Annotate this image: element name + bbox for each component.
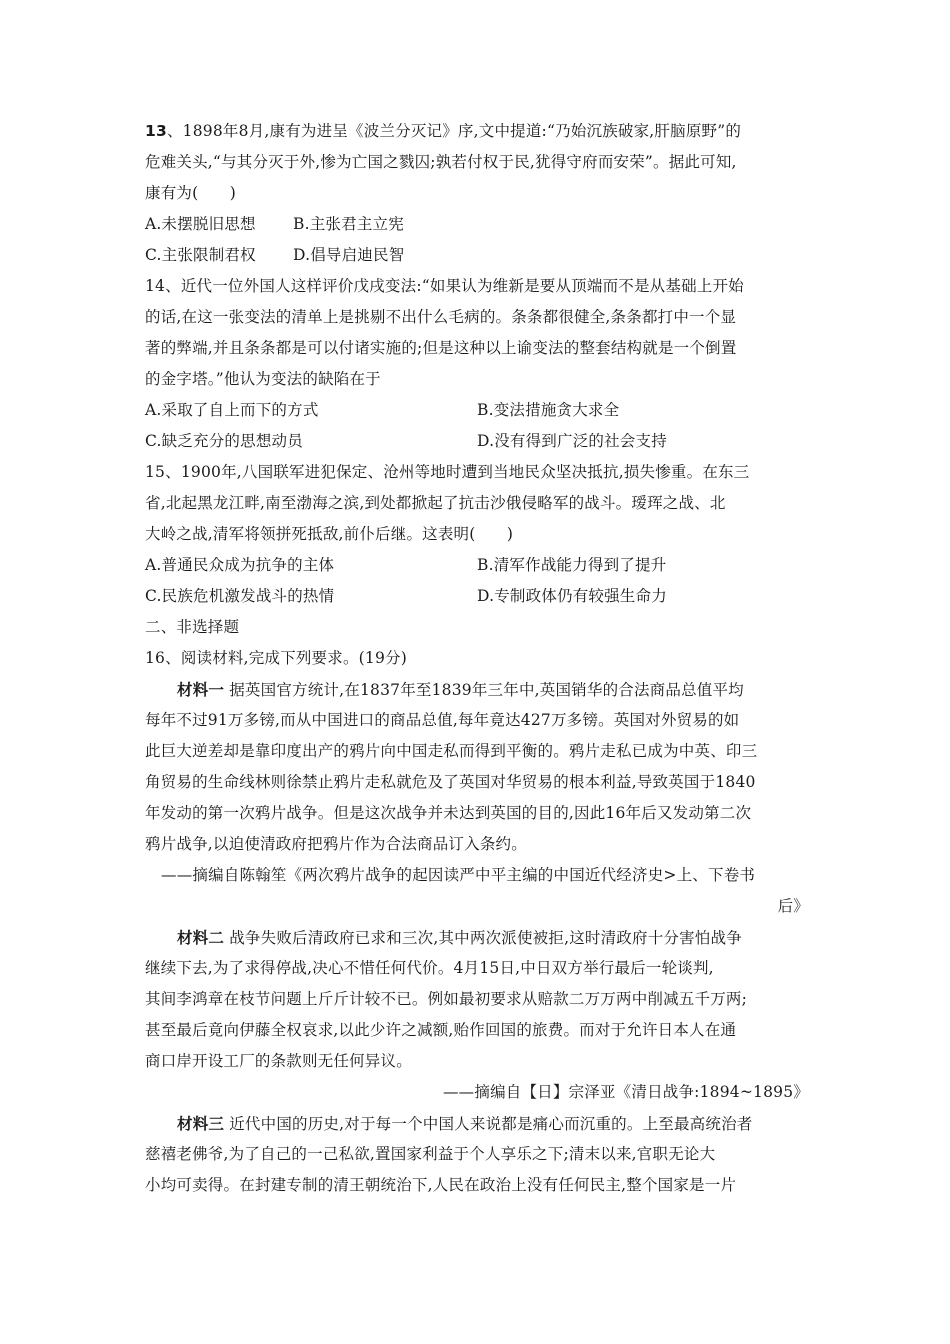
material-1-label: 材料一 <box>177 680 224 699</box>
material-1-source-cont: 后》 <box>145 891 809 922</box>
material-1-line-5: 年发动的第一次鸦片战争。但是这次战争并未达到英国的目的,因此16年后又发动第二次 <box>145 798 809 829</box>
material-2-line-5: 商口岸开设工厂的条款则无任何异议。 <box>145 1046 809 1077</box>
material-1-line-4: 角贸易的生命线林则徐禁止鸦片走私就危及了英国对华贸易的根本利益,导致英国于184… <box>145 767 809 798</box>
material-1-source: ——摘编自陈翰笙《两次鸦片战争的起因读严中平主编的中国近代经济史>上、下卷书 <box>145 860 809 891</box>
q15-option-c[interactable]: C.民族危机激发战斗的热情 <box>145 581 477 612</box>
q13-option-b[interactable]: B.主张君主立宪 <box>293 209 404 240</box>
material-2-line-4: 甚至最后竟向伊藤全权哀求,以此少许之减额,贻作回国的旅费。而对于允许日本人在通 <box>145 1015 809 1046</box>
q15-line-3: 大岭之战,清军将领拼死抵敌,前仆后继。这表明( ) <box>145 519 809 550</box>
q15-line-2: 省,北起黑龙江畔,南至渤海之滨,到处都掀起了抗击沙俄侵略军的战斗。瑷珲之战、北 <box>145 488 809 519</box>
q13-option-a[interactable]: A.未摆脱旧思想 <box>145 209 293 240</box>
q14-options-row-2: C.缺乏充分的思想动员 D.没有得到广泛的社会支持 <box>145 426 809 457</box>
q13-number: 13 <box>145 122 167 140</box>
q13-option-c[interactable]: C.主张限制君权 <box>145 240 293 271</box>
q15-options-row-1: A.普通民众成为抗争的主体 B.清军作战能力得到了提升 <box>145 550 809 581</box>
question-16: 16、阅读材料,完成下列要求。(19分) 材料一 据英国官方统计,在1837年至… <box>145 643 809 1201</box>
material-2-line-2: 继续下去,为了求得停战,决心不惜任何代价。4月15日,中日双方举行最后一轮谈判, <box>145 953 809 984</box>
material-2-line-3: 其间李鸿章在枝节问题上斤斤计较不已。例如最初要求从赔款二万万两中削减五千万两; <box>145 984 809 1015</box>
q13-line-2: 危难关头,“与其分灭于外,惨为亡国之戮囚;孰若付权于民,犹得守府而安荣”。据此可… <box>145 147 809 178</box>
section-2-heading: 二、非选择题 <box>145 612 809 643</box>
q14-line-1: 14、近代一位外国人这样评价戊戌变法:“如果认为维新是要从顶端而不是从基础上开始 <box>145 271 809 302</box>
material-1: 材料一 据英国官方统计,在1837年至1839年三年中,英国销华的合法商品总值平… <box>145 674 809 922</box>
material-2-source: ——摘编自【日】宗泽亚《清日战争:1894~1895》 <box>145 1077 809 1108</box>
material-3-label: 材料三 <box>177 1114 224 1133</box>
q14-option-b[interactable]: B.变法措施贪大求全 <box>477 395 619 426</box>
exam-page: 13、1898年8月,康有为进呈《波兰分灭记》序,文中提道:“乃始沉族破家,肝脑… <box>145 116 809 1201</box>
q14-option-a[interactable]: A.采取了自上而下的方式 <box>145 395 477 426</box>
question-15: 15、1900年,八国联军进犯保定、沧州等地时遭到当地民众坚决抵抗,损失惨重。在… <box>145 457 809 612</box>
q13-options-row-1: A.未摆脱旧思想 B.主张君主立宪 <box>145 209 809 240</box>
question-14: 14、近代一位外国人这样评价戊戌变法:“如果认为维新是要从顶端而不是从基础上开始… <box>145 271 809 457</box>
material-1-line-3: 此巨大逆差却是靠印度出产的鸦片向中国走私而得到平衡的。鸦片走私已成为中英、印三 <box>145 736 809 767</box>
material-3-line-3: 小均可卖得。在封建专制的清王朝统治下,人民在政治上没有任何民主,整个国家是一片 <box>145 1170 809 1201</box>
material-2-label: 材料二 <box>177 928 224 947</box>
question-13: 13、1898年8月,康有为进呈《波兰分灭记》序,文中提道:“乃始沉族破家,肝脑… <box>145 116 809 271</box>
q16-intro: 16、阅读材料,完成下列要求。(19分) <box>145 643 809 674</box>
q14-line-4: 的金字塔。”他认为变法的缺陷在于 <box>145 364 809 395</box>
q15-option-a[interactable]: A.普通民众成为抗争的主体 <box>145 550 477 581</box>
q15-line-1: 15、1900年,八国联军进犯保定、沧州等地时遭到当地民众坚决抵抗,损失惨重。在… <box>145 457 809 488</box>
material-3: 材料三 近代中国的历史,对于每一个中国人来说都是痛心而沉重的。上至最高统治者 慈… <box>145 1108 809 1201</box>
q13-options-row-2: C.主张限制君权 D.倡导启迪民智 <box>145 240 809 271</box>
material-2: 材料二 战争失败后清政府已求和三次,其中两次派使被拒,这时清政府十分害怕战争 继… <box>145 922 809 1108</box>
q14-option-c[interactable]: C.缺乏充分的思想动员 <box>145 426 477 457</box>
material-1-line-2: 每年不过91万多镑,而从中国进口的商品总值,每年竟达427万多镑。英国对外贸易的… <box>145 705 809 736</box>
q13-option-d[interactable]: D.倡导启迪民智 <box>293 240 404 271</box>
material-3-line-2: 慈禧老佛爷,为了自己的一己私欲,置国家利益于个人享乐之下;清末以来,官职无论大 <box>145 1139 809 1170</box>
q15-option-b[interactable]: B.清军作战能力得到了提升 <box>477 550 666 581</box>
q14-options-row-1: A.采取了自上而下的方式 B.变法措施贪大求全 <box>145 395 809 426</box>
q15-option-d[interactable]: D.专制政体仍有较强生命力 <box>477 581 667 612</box>
q15-options-row-2: C.民族危机激发战斗的热情 D.专制政体仍有较强生命力 <box>145 581 809 612</box>
material-3-line-1: 材料三 近代中国的历史,对于每一个中国人来说都是痛心而沉重的。上至最高统治者 <box>145 1108 809 1139</box>
q13-line-3: 康有为( ) <box>145 178 809 209</box>
material-1-line-6: 鸦片战争,以迫使清政府把鸦片作为合法商品订入条约。 <box>145 829 809 860</box>
q13-line-1: 13、1898年8月,康有为进呈《波兰分灭记》序,文中提道:“乃始沉族破家,肝脑… <box>145 116 809 147</box>
q14-line-3: 著的弊端,并且条条都是可以付诸实施的;但是这种以上谕变法的整套结构就是一个倒置 <box>145 333 809 364</box>
material-1-line-1: 材料一 据英国官方统计,在1837年至1839年三年中,英国销华的合法商品总值平… <box>145 674 809 705</box>
q14-option-d[interactable]: D.没有得到广泛的社会支持 <box>477 426 667 457</box>
material-2-line-1: 材料二 战争失败后清政府已求和三次,其中两次派使被拒,这时清政府十分害怕战争 <box>145 922 809 953</box>
q14-line-2: 的话,在这一张变法的清单上是挑剔不出什么毛病的。条条都很健全,条条都打中一个显 <box>145 302 809 333</box>
